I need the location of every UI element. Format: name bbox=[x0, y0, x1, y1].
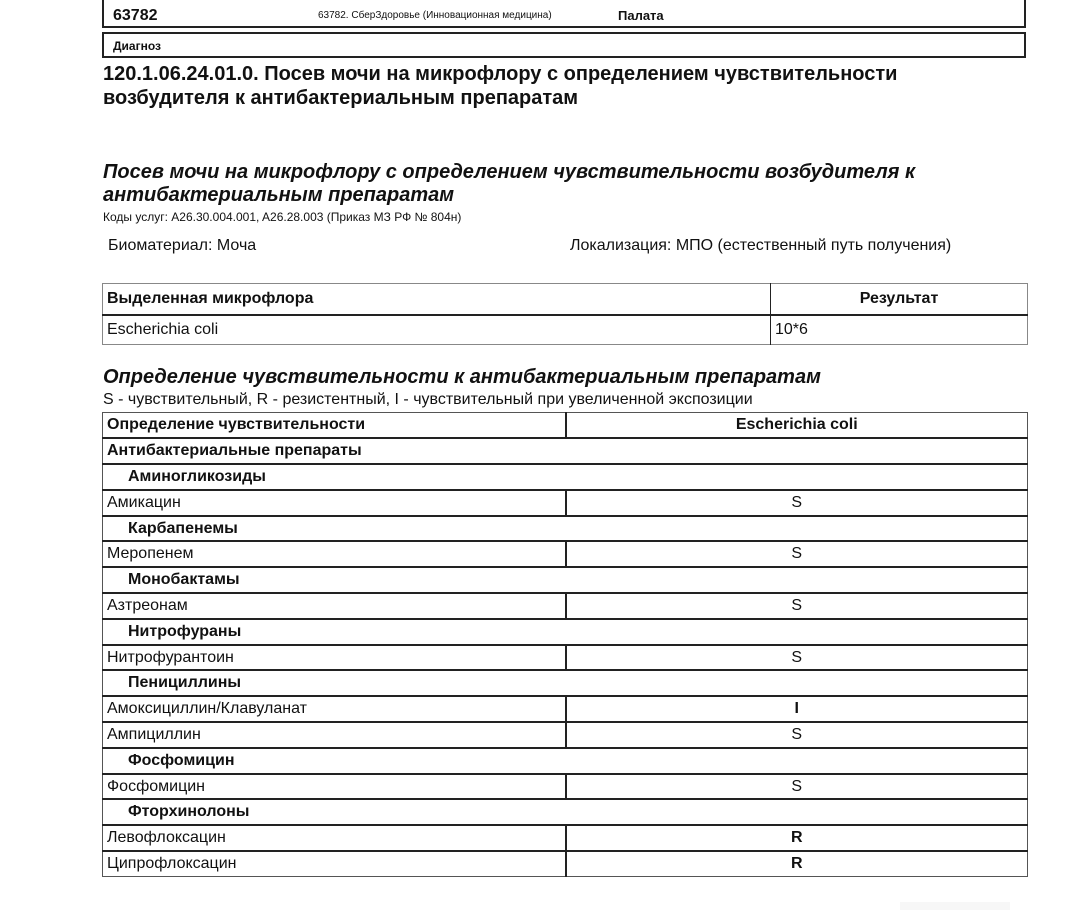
sensitivity-value: S bbox=[566, 722, 1028, 748]
column-header-test: Определение чувствительности bbox=[103, 413, 566, 439]
organism-result: 10*6 bbox=[771, 315, 1028, 345]
column-header-organism: Escherichia coli bbox=[566, 413, 1028, 439]
table-row: Амоксициллин/КлавуланатI bbox=[103, 696, 1028, 722]
sensitivity-value: I bbox=[566, 696, 1028, 722]
subgroup-row: Аминогликозиды bbox=[103, 464, 1028, 490]
sensitivity-value: S bbox=[566, 541, 1028, 567]
sensitivity-value: S bbox=[566, 645, 1028, 671]
sensitivity-value: R bbox=[566, 825, 1028, 851]
group-row: Антибактериальные препараты bbox=[103, 438, 1028, 464]
drug-name: Меропенем bbox=[103, 541, 566, 567]
organism-name: Escherichia coli bbox=[103, 315, 771, 345]
sensitivity-table: Определение чувствительности Escherichia… bbox=[102, 412, 1028, 877]
microflora-table: Выделенная микрофлора Результат Escheric… bbox=[102, 283, 1028, 345]
table-row: Escherichia coli 10*6 bbox=[103, 315, 1028, 345]
biomaterial: Биоматериал: Моча bbox=[108, 237, 256, 255]
subgroup-label: Аминогликозиды bbox=[103, 464, 1028, 490]
group-label: Антибактериальные препараты bbox=[103, 438, 1028, 464]
subgroup-label: Монобактамы bbox=[103, 567, 1028, 593]
page-title: 120.1.06.24.01.0. Посев мочи на микрофло… bbox=[103, 62, 1003, 110]
table-row: АзтреонамS bbox=[103, 593, 1028, 619]
subgroup-row: Пенициллины bbox=[103, 670, 1028, 696]
table-row: НитрофурантоинS bbox=[103, 645, 1028, 671]
table-header-row: Определение чувствительности Escherichia… bbox=[103, 413, 1028, 439]
subgroup-row: Фторхинолоны bbox=[103, 799, 1028, 825]
drug-name: Нитрофурантоин bbox=[103, 645, 566, 671]
subgroup-label: Фосфомицин bbox=[103, 748, 1028, 774]
sensitivity-legend: S - чувствительный, R - резистентный, I … bbox=[103, 391, 753, 409]
table-row: ЛевофлоксацинR bbox=[103, 825, 1028, 851]
service-codes: Коды услуг: A26.30.004.001, A26.28.003 (… bbox=[103, 210, 461, 224]
table-row: МеропенемS bbox=[103, 541, 1028, 567]
subgroup-label: Нитрофураны bbox=[103, 619, 1028, 645]
table-row: АмикацинS bbox=[103, 490, 1028, 516]
watermark bbox=[900, 902, 1010, 910]
table-header-row: Выделенная микрофлора Результат bbox=[103, 284, 1028, 315]
sensitivity-value: R bbox=[566, 851, 1028, 877]
subgroup-label: Фторхинолоны bbox=[103, 799, 1028, 825]
organization-name: 63782. СберЗдоровье (Инновационная медиц… bbox=[318, 10, 552, 21]
table-row: ФосфомицинS bbox=[103, 774, 1028, 800]
ward-label: Палата bbox=[618, 8, 664, 23]
sensitivity-value: S bbox=[566, 774, 1028, 800]
diagnosis-label: Диагноз bbox=[113, 39, 161, 53]
drug-name: Фосфомицин bbox=[103, 774, 566, 800]
subgroup-row: Фосфомицин bbox=[103, 748, 1028, 774]
subgroup-row: Монобактамы bbox=[103, 567, 1028, 593]
column-header-result: Результат bbox=[771, 284, 1028, 315]
patient-header: 63782 63782. СберЗдоровье (Инновационная… bbox=[102, 0, 1026, 28]
subgroup-label: Пенициллины bbox=[103, 670, 1028, 696]
diagnosis-box: Диагноз bbox=[102, 32, 1026, 58]
subgroup-row: Нитрофураны bbox=[103, 619, 1028, 645]
drug-name: Амикацин bbox=[103, 490, 566, 516]
subgroup-label: Карбапенемы bbox=[103, 516, 1028, 542]
localization: Локализация: МПО (естественный путь полу… bbox=[570, 237, 951, 255]
subgroup-row: Карбапенемы bbox=[103, 516, 1028, 542]
patient-id: 63782 bbox=[113, 7, 158, 25]
column-header-microflora: Выделенная микрофлора bbox=[103, 284, 771, 315]
drug-name: Левофлоксацин bbox=[103, 825, 566, 851]
drug-name: Азтреонам bbox=[103, 593, 566, 619]
sensitivity-value: S bbox=[566, 490, 1028, 516]
drug-name: Амоксициллин/Клавуланат bbox=[103, 696, 566, 722]
table-row: АмпициллинS bbox=[103, 722, 1028, 748]
sensitivity-value: S bbox=[566, 593, 1028, 619]
drug-name: Ампициллин bbox=[103, 722, 566, 748]
sensitivity-title: Определение чувствительности к антибакте… bbox=[103, 366, 821, 389]
table-row: ЦипрофлоксацинR bbox=[103, 851, 1028, 877]
section-title: Посев мочи на микрофлору с определением … bbox=[103, 161, 1013, 207]
drug-name: Ципрофлоксацин bbox=[103, 851, 566, 877]
